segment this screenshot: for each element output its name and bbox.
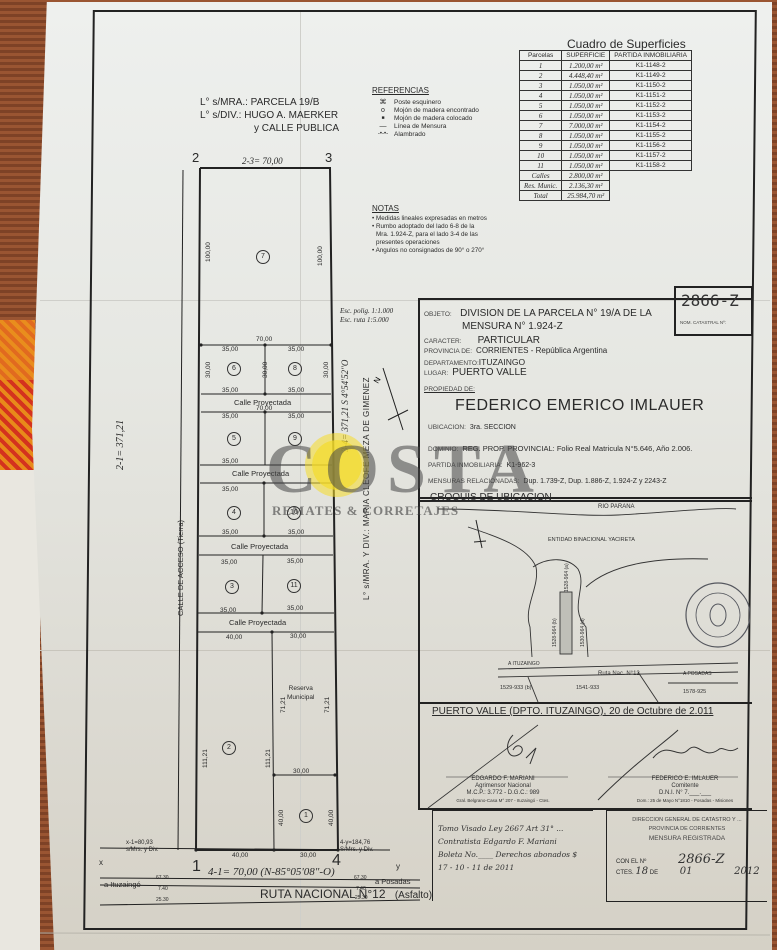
field-label: OBJETO: <box>424 311 452 318</box>
dimension: 67.30 <box>156 875 169 881</box>
partida-cell: K1-1156-2 <box>610 141 692 151</box>
y4-value: 4-y=184,76 <box>340 840 374 847</box>
dimension: 40,00 <box>226 634 242 641</box>
croquis-posadas-label: A POSADAS <box>683 671 712 677</box>
registro-number-row: CON EL Nº 2866-Z <box>616 852 725 867</box>
comitente-block: FEDERICO E. IMLAUER Comitente D.N.I. N° … <box>620 776 750 804</box>
partida-cell: K1-1148-2 <box>610 61 692 71</box>
dimension: 111,21 <box>265 749 272 768</box>
dimension: 30,00 <box>323 362 330 378</box>
parcel-cell: 8 <box>520 131 562 141</box>
ruta-tipo: (Asfalto) <box>395 890 432 901</box>
reserva-municipal-label: Reserva Municipal <box>287 684 314 702</box>
croquis-map: RIO PARANA ENTIDAD BINACIONAL YACIRETA R… <box>418 497 750 702</box>
poste-icon: ⌘ <box>372 98 394 106</box>
area-cell: 7.000,00 m² <box>562 121 610 131</box>
referencias-legend: REFERENCIAS ⌘Poste esquinero oMojón de m… <box>372 86 479 138</box>
dimension: 30,00 <box>290 633 306 640</box>
registro-header: DIRECCION GENERAL DE CATASTRO Y ... <box>612 816 762 825</box>
croquis-parcel: 1528-964 (a) <box>564 563 570 592</box>
column-header: SUPERFICIE <box>562 51 610 61</box>
visado-handwriting: Tomo Visado Ley 2667 Art 31° ... Contrat… <box>438 822 588 874</box>
place-date: PUERTO VALLE (DPTO. ITUZAINGO), 20 de Oc… <box>432 706 713 717</box>
dimension: 30,00 <box>205 362 212 378</box>
notas-title: NOTAS <box>372 204 522 213</box>
vertex-label: 3 <box>325 150 332 165</box>
empty-cell <box>610 191 692 201</box>
nota-item: presentes operaciones <box>372 239 522 247</box>
parcel-cell: 7 <box>520 121 562 131</box>
area-cell: 1.050,00 m² <box>562 91 610 101</box>
legend-item: -•-•-Alambrado <box>372 130 479 138</box>
dimension: 40,00 <box>278 810 285 826</box>
objeto-row: OBJETO: DIVISION DE LA PARCELA N° 19/A D… <box>424 303 674 332</box>
cuadro-title: Cuadro de Superficies <box>567 37 686 51</box>
parcel-cell: 6 <box>520 111 562 121</box>
table-row: Res. Munic.2.136,30 m² <box>520 181 692 191</box>
alambrado-icon: -•-•- <box>372 131 394 137</box>
visado-line: Tomo Visado Ley 2667 Art 31° ... <box>438 822 588 835</box>
nota-item: • Medidas lineales expresadas en metros <box>372 215 522 223</box>
dimension: 100,00 <box>205 242 212 262</box>
column-header: PARTIDA INMOBILIARIA <box>610 51 692 61</box>
point-y: y <box>396 862 400 871</box>
svg-text:N: N <box>372 375 383 385</box>
table-row: 51.050,00 m²K1-1152-2 <box>520 101 692 111</box>
parcel-cell: 9 <box>520 141 562 151</box>
objeto-value: DIVISION DE LA PARCELA N° 19/A DE LA <box>460 308 652 319</box>
parcel-cell: 2 <box>520 71 562 81</box>
watermark-sub: REMATES & CORRETAJES <box>272 503 459 519</box>
comitente-name: FEDERICO E. IMLAUER <box>620 776 750 783</box>
visado-line: 17 - 10 - 11 de 2011 <box>438 861 588 874</box>
dimension: 35,00 <box>222 346 238 353</box>
dimension: 35,00 <box>222 486 238 493</box>
parcel-3-label: 3 <box>225 580 239 594</box>
partida-cell: K1-1149-2 <box>610 71 692 81</box>
side-2-1-label: 2-1= 371,21 <box>115 420 126 470</box>
dimension: 25.30 <box>355 895 368 901</box>
nota-item: • Angulos no consignados de 90° o 270° <box>372 247 522 255</box>
parcel-cell: 4 <box>520 91 562 101</box>
area-cell: 1.050,00 m² <box>562 101 610 111</box>
nom-catastral-label: NOM. CATASTRAL Nº: <box>680 320 726 325</box>
partida-cell: K1-1152-2 <box>610 101 692 111</box>
nota-item: Mra. 1.924-Z, para el lado 3-4 de las <box>372 231 522 239</box>
parcel-cell: 10 <box>520 151 562 161</box>
legend-item: —Línea de Mensura <box>372 122 479 130</box>
agrimensor-address: Gral. Belgrano-Casa M° 207 - Ituzaingó -… <box>448 797 558 804</box>
agrimensor-matricula: M.C.P.: 3.772 - D.G.C.: 989 <box>448 790 558 797</box>
dimension: 30,00 <box>293 768 309 775</box>
ruta-label: RUTA NACIONAL N°12 (Asfalto) <box>260 887 432 901</box>
field-label: CTES. <box>616 870 634 876</box>
reserva-line: Municipal <box>287 693 314 702</box>
parcel-cell: 1 <box>520 61 562 71</box>
partida-cell: K1-1150-2 <box>610 81 692 91</box>
dimension: 35,00 <box>221 559 237 566</box>
dimension: 35,00 <box>222 458 238 465</box>
dimension: 40,00 <box>328 810 335 826</box>
table-row: 41.050,00 m²K1-1151-2 <box>520 91 692 101</box>
partida-cell: K1-1153-2 <box>610 111 692 121</box>
dimension: 35,00 <box>220 607 236 614</box>
x1-sub: s/Mrs. y Div. <box>126 847 159 854</box>
calle-proyectada-label: Calle Proyectada <box>231 542 288 551</box>
registro-day: 18 <box>635 866 648 877</box>
table-row: Calles2.800,00 m² <box>520 171 692 181</box>
table-row: 11.200,00 m²K1-1148-2 <box>520 61 692 71</box>
dimension: 30,00 <box>262 362 269 378</box>
area-cell: 1.050,00 m² <box>562 131 610 141</box>
parcel-2-label: 2 <box>222 741 236 755</box>
dimension: 35,00 <box>288 346 304 353</box>
parcel-cell: 11 <box>520 161 562 171</box>
area-cell: 1.200,00 m² <box>562 61 610 71</box>
vertex-label: 2 <box>192 150 199 165</box>
area-cell: 1.050,00 m² <box>562 161 610 171</box>
field-label: DE <box>650 870 658 876</box>
dimension: 35,00 <box>288 413 304 420</box>
dimension: 35,00 <box>288 387 304 394</box>
registro-status: MENSURA REGISTRADA <box>612 834 762 843</box>
table-row: 101.050,00 m²K1-1157-2 <box>520 151 692 161</box>
croquis-parcel: 1529-933 (b) <box>500 685 532 691</box>
croquis-ituzaingo-label: A ITUZAINGO <box>508 661 540 667</box>
mojon-encontrado-icon: o <box>372 107 394 114</box>
legend-item: ⌘Poste esquinero <box>372 98 479 106</box>
row-label-cell: Res. Munic. <box>520 181 562 191</box>
dimension: 30,00 <box>300 852 316 859</box>
x1-distance: x-1=80,93 s/Mrs. y Div. <box>126 840 159 854</box>
dimension: 111,21 <box>202 749 209 768</box>
dimension: 100,00 <box>317 246 324 266</box>
y4-distance: 4-y=184,76 S/Mrs. y Div. <box>340 840 374 854</box>
registro-sub: PROVINCIA DE CORRIENTES <box>612 825 762 834</box>
mensura-number: 2866-Z <box>681 291 739 310</box>
croquis-parcel: 1578-925 <box>683 689 706 695</box>
legend-label: Mojón de madera encontrado <box>394 107 479 114</box>
comitente-title: Comitente <box>620 783 750 790</box>
calle-acceso-label: CALLE DE ACCESO (Tierra) <box>176 520 185 616</box>
cuadro-superficies-table: Parcelas SUPERFICIE PARTIDA INMOBILIARIA… <box>519 50 692 201</box>
y4-sub: S/Mrs. y Div. <box>340 847 374 854</box>
agrimensor-name: EDGARDO F. MARIANI <box>448 776 558 783</box>
parcel-cell: 3 <box>520 81 562 91</box>
mojon-colocado-icon: ■ <box>372 115 394 121</box>
table-row: 77.000,00 m²K1-1154-2 <box>520 121 692 131</box>
field-label: CON EL Nº <box>616 859 646 865</box>
parcel-11-label: 11 <box>287 579 301 593</box>
referencias-title: REFERENCIAS <box>372 86 479 95</box>
table-row: Total25.984,70 m² <box>520 191 692 201</box>
side-4-1-label: 4-1= 70,00 (N-85°05'08"-O) <box>208 866 335 878</box>
watermark-brand: COSTA <box>266 430 542 510</box>
empty-cell <box>610 171 692 181</box>
x1-value: x-1=80,93 <box>126 840 159 847</box>
parcel-1-label: 1 <box>299 809 313 823</box>
table-row: 31.050,00 m²K1-1150-2 <box>520 81 692 91</box>
registro-year: 2012 <box>734 866 759 877</box>
notas-block: NOTAS • Medidas lineales expresadas en m… <box>372 204 522 255</box>
escala-poligono: Esc. polig. 1:1.000 <box>340 307 393 316</box>
escala-ruta: Esc. ruta 1:5.000 <box>340 316 393 325</box>
vertex-label: 1 <box>192 858 201 876</box>
visado-line: Contratista Edgardo F. Mariani <box>438 835 588 848</box>
partida-cell: K1-1158-2 <box>610 161 692 171</box>
dimension: 35,00 <box>287 558 303 565</box>
agrimensor-block: EDGARDO F. MARIANI Agrimensor Nacional M… <box>448 776 558 804</box>
table-row: 81.050,00 m²K1-1155-2 <box>520 131 692 141</box>
croquis-parcel: 1541-933 <box>576 685 599 691</box>
rio-label: RIO PARANA <box>598 504 635 510</box>
registro-stamp: DIRECCION GENERAL DE CATASTRO Y ... PROV… <box>612 816 762 843</box>
column-header: Parcelas <box>520 51 562 61</box>
area-cell: 4.448,40 m² <box>562 71 610 81</box>
visado-line: Boleta No.____ Derechos abonados $ <box>438 848 588 861</box>
comitente-address: Dom.: 25 de Mayo N°1810 - Posadas - Misi… <box>620 797 750 804</box>
parcel-6-label: 6 <box>227 362 241 376</box>
field-label: PROPIEDAD DE: <box>424 386 475 393</box>
partida-cell: K1-1155-2 <box>610 131 692 141</box>
dimension: 35,00 <box>287 605 303 612</box>
table-row: 111.050,00 m²K1-1158-2 <box>520 161 692 171</box>
nota-item: • Rumbo adoptado del lado 6-8 de la <box>372 223 522 231</box>
legend-label: Mojón de madera colocado <box>394 115 472 122</box>
table-row: 61.050,00 m²K1-1153-2 <box>520 111 692 121</box>
dimension: 35,00 <box>222 387 238 394</box>
parcel-5-label: 5 <box>227 432 241 446</box>
legend-item: oMojón de madera encontrado <box>372 106 479 114</box>
dimension: 71,21 <box>324 697 331 713</box>
point-x: x <box>99 858 103 867</box>
legend-label: Poste esquinero <box>394 99 441 106</box>
dimension: 70,00 <box>256 336 272 343</box>
owner-name: FEDERICO EMERICO IMLAUER <box>455 397 704 415</box>
lugar-value: PUERTO VALLE <box>452 367 526 378</box>
dimension: 35,00 <box>222 413 238 420</box>
mensuras-value: Dup. 1.739-Z, Dup. 1.886-Z, 1.924-Z y 22… <box>523 478 666 485</box>
dimension: 70,00 <box>256 405 272 412</box>
legend-item: ■Mojón de madera colocado <box>372 114 479 122</box>
dimension: 35,00 <box>222 529 238 536</box>
dimension: 71,21 <box>280 697 287 713</box>
parcel-4-label: 4 <box>227 506 241 520</box>
calle-proyectada-label: Calle Proyectada <box>229 618 286 627</box>
partida-cell: K1-1151-2 <box>610 91 692 101</box>
a-posadas-label: a Posadas <box>375 877 410 886</box>
agrimensor-title: Agrimensor Nacional <box>448 783 558 790</box>
parcel-8-label: 8 <box>288 362 302 376</box>
dimension: 7.40 <box>158 886 168 892</box>
area-cell: 25.984,70 m² <box>562 191 610 201</box>
a-ituzaingo-label: a Ituzaingó <box>104 880 141 889</box>
area-cell: 2.800,00 m² <box>562 171 610 181</box>
croquis-parcel: 1530-964 (d) <box>580 618 586 647</box>
propiedad-row: PROPIEDAD DE: <box>424 378 479 396</box>
parcel-cell: 5 <box>520 101 562 111</box>
empty-cell <box>610 181 692 191</box>
partida-cell: K1-1157-2 <box>610 151 692 161</box>
row-label-cell: Calles <box>520 171 562 181</box>
area-cell: 1.050,00 m² <box>562 81 610 91</box>
registro-date-row: CTES. 18 DE 01 2012 <box>616 866 760 877</box>
row-label-cell: Total <box>520 191 562 201</box>
croquis-parcel: 1528-964 (b) <box>552 618 558 647</box>
dimension: 7.40 <box>356 886 366 892</box>
table-row: 24.448,40 m²K1-1149-2 <box>520 71 692 81</box>
area-cell: 1.050,00 m² <box>562 151 610 161</box>
reserva-line: Reserva <box>287 684 314 693</box>
area-cell: 1.050,00 m² <box>562 141 610 151</box>
side-2-3-label: 2-3= 70,00 <box>242 156 283 166</box>
parcel-7-label: 7 <box>256 250 270 264</box>
escala-block: Esc. polig. 1:1.000 Esc. ruta 1:5.000 <box>340 307 393 325</box>
legend-label: Línea de Mensura <box>394 123 446 130</box>
area-cell: 1.050,00 m² <box>562 111 610 121</box>
croquis-ruta-label: Ruta Nac. N°12 <box>598 671 640 677</box>
area-cell: 2.136,30 m² <box>562 181 610 191</box>
entidad-label: ENTIDAD BINACIONAL YACIRETA <box>548 537 635 543</box>
field-label: LUGAR: <box>424 370 448 377</box>
dimension: 67.30 <box>354 875 367 881</box>
registro-month: 01 <box>680 866 693 877</box>
comitente-dni: D.N.I. N° 7.___.___ <box>620 790 750 797</box>
legend-label: Alambrado <box>394 131 425 138</box>
dimension: 40,00 <box>232 852 248 859</box>
linea-mensura-icon: — <box>372 123 394 130</box>
dimension: 35,00 <box>288 529 304 536</box>
registro-number: 2866-Z <box>678 852 725 867</box>
partida-cell: K1-1154-2 <box>610 121 692 131</box>
table-row: 91.050,00 m²K1-1156-2 <box>520 141 692 151</box>
dimension: 25.30 <box>156 897 169 903</box>
